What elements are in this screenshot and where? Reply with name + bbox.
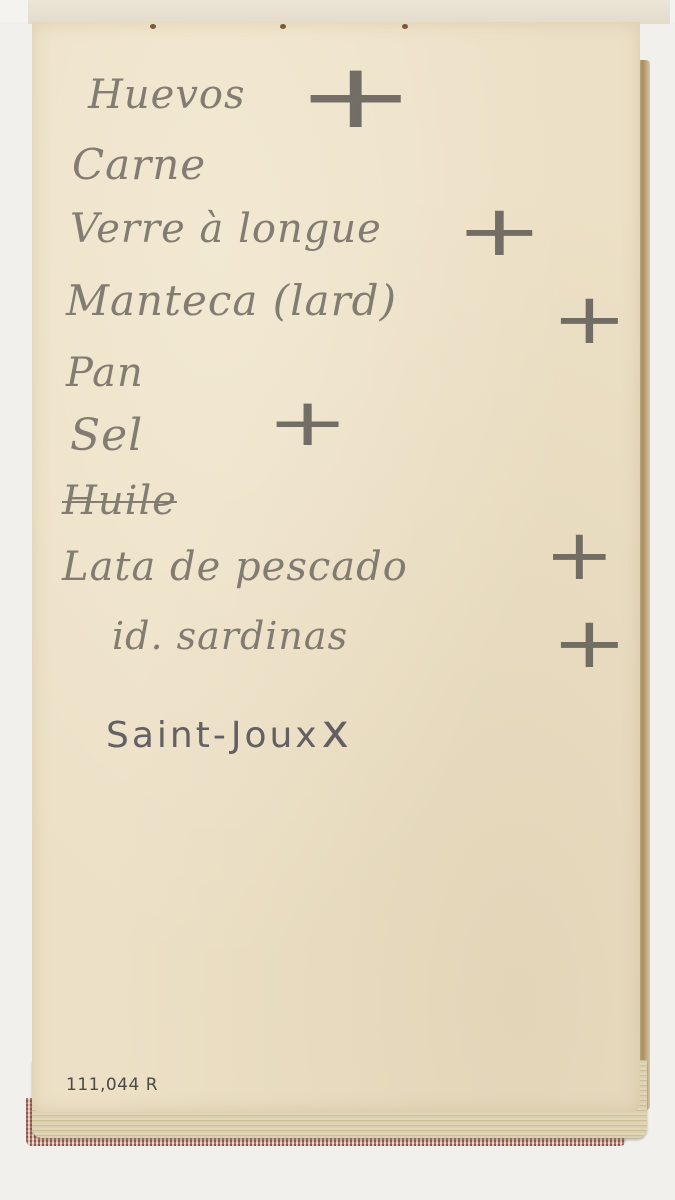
list-item-lata-de-pescado: Lata de pescado bbox=[62, 544, 408, 590]
list-item-huevos: Huevos bbox=[88, 72, 246, 118]
check-mark-icon: + bbox=[544, 520, 614, 590]
list-item-manteca: Manteca (lard) bbox=[66, 276, 397, 325]
list-item-carne: Carne bbox=[72, 140, 206, 189]
check-mark-icon: + bbox=[266, 390, 349, 456]
catalog-number: 111,044 R bbox=[66, 1075, 158, 1095]
list-item-huile-struck: Huile bbox=[62, 478, 177, 524]
stitch-hole bbox=[150, 24, 156, 29]
stitch-hole bbox=[280, 24, 286, 29]
x-mark-icon: x bbox=[322, 704, 352, 758]
check-mark-icon: + bbox=[551, 608, 627, 678]
list-item-pan: Pan bbox=[66, 350, 144, 396]
name-text: Saint-Joux bbox=[106, 715, 320, 756]
check-mark-icon: + bbox=[295, 52, 416, 142]
name-line-saint-joux: Saint-Jouxx bbox=[106, 704, 352, 758]
stitch-hole bbox=[402, 24, 408, 29]
list-item-sel: Sel bbox=[70, 410, 143, 461]
check-mark-icon: + bbox=[455, 196, 543, 266]
list-item-verre-a-longue: Verre à longue bbox=[70, 206, 382, 252]
check-mark-icon: + bbox=[551, 284, 627, 354]
notebook-cover-flap bbox=[28, 0, 670, 24]
list-item-id-sardinas: id. sardinas bbox=[112, 614, 348, 658]
